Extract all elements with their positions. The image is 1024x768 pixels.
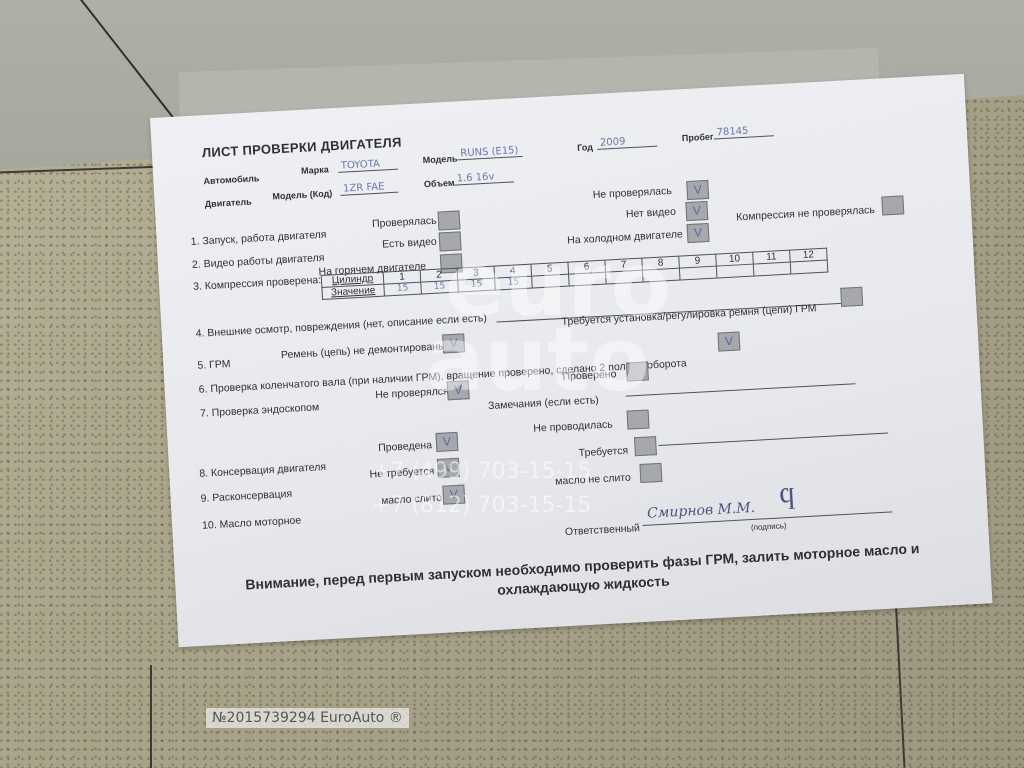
checkbox-compression-not-checked[interactable] [881,195,904,215]
tile-seam [150,665,152,768]
engine-model-value[interactable]: 1ZR FAE [340,181,399,196]
checkbox-conservation-done[interactable]: V [435,432,458,452]
volume-value[interactable]: 1.6 16v [453,170,514,185]
row-label: Значение [322,284,385,299]
item-1-label: 1. Запуск, работа двигателя [190,229,326,248]
engine-label: Двигатель [204,197,251,210]
responsible-name[interactable]: Смирнов М.М. [647,500,756,522]
year-label: Год [577,142,593,153]
value-cell[interactable] [716,264,754,278]
engine-model-label: Модель (Код) [272,188,332,201]
item-3-label: 3. Компрессия проверена: [193,274,322,293]
item-9-label: 9. Расконсервация [200,488,292,505]
option-label: Компрессия не проверялась [736,204,875,223]
car-label: Автомобиль [203,173,259,186]
brand-value[interactable]: TOYOTA [338,158,399,173]
volume-label: Объем [424,178,455,190]
checkbox-engine-start-checked[interactable] [437,210,460,230]
item-5-label: 5. ГРМ [197,358,231,372]
option-label: Есть видео [382,236,437,251]
model-value[interactable]: RUNS (E15) [457,145,523,160]
option-label: Проверялась [372,215,437,230]
value-cell[interactable]: 15 [384,282,422,296]
model-label: Модель [422,153,457,165]
option-label: Нет видео [626,206,677,221]
item-10-label: 10. Масло моторное [202,514,302,531]
checkbox-crankshaft-checked[interactable]: V [717,331,740,351]
remarks-line[interactable] [626,383,856,396]
signature-mark: ϥ [779,482,797,518]
watermark-phone-1: +7 (499) 703-15-15 [372,459,591,484]
deconservation-line [658,433,888,446]
checkbox-cold-engine[interactable]: V [687,223,710,243]
form-title: ЛИСТ ПРОВЕРКИ ДВИГАТЕЛЯ [202,134,402,160]
item-2-label: 2. Видео работы двигателя [192,252,325,271]
year-value[interactable]: 2009 [597,135,658,150]
value-cell[interactable] [790,260,828,274]
item-8-label: 8. Консервация двигателя [199,461,326,480]
option-label: Ремень (цепь) не демонтированы [281,340,446,361]
option-label: Не проверялась [592,185,672,201]
value-cell[interactable] [679,266,717,280]
checkbox-conservation-not-done[interactable] [627,409,650,429]
mileage-value[interactable]: 78145 [713,124,774,139]
mileage-label: Пробег [682,132,714,144]
checkbox-engine-start-not-checked[interactable]: V [686,180,709,200]
option-label: Требуется [578,445,628,460]
value-cell[interactable] [753,262,791,276]
watermark-badge: №2015739294 EuroAuto ® [206,708,409,728]
watermark-logo-bottom: auto [425,320,650,400]
brand-label: Марка [301,164,329,175]
option-label: Не проводилась [533,418,613,434]
responsible-label: Ответственный [565,522,641,538]
notice-text: Внимание, перед первым запуском необходи… [175,535,991,617]
option-label: Проведена [378,439,432,454]
checkbox-no-video[interactable]: V [685,201,708,221]
item-7-label: 7. Проверка эндоскопом [200,401,320,419]
watermark-phone-2: +7 (812) 703-15-15 [372,493,591,518]
signature-caption: (подпись) [751,521,787,532]
checkbox-oil-not-drained[interactable] [639,463,662,483]
checkbox-timing-adjust-required[interactable] [840,287,863,307]
checkbox-deconservation-required[interactable] [634,436,657,456]
